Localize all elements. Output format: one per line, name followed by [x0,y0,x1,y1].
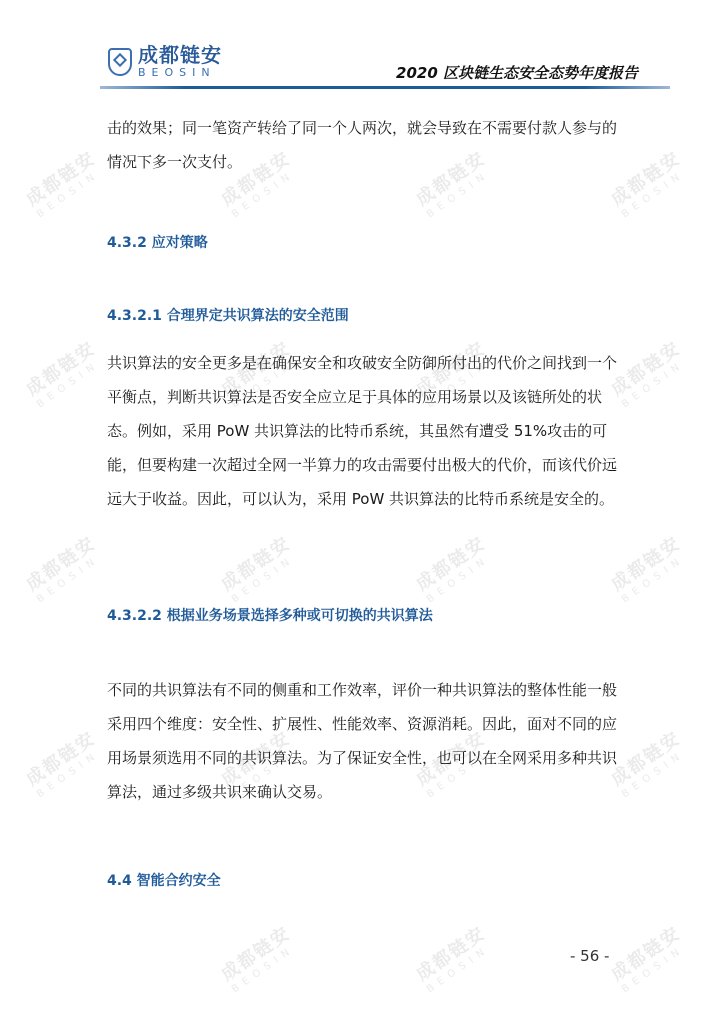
watermark: 成都链安BEOSIN [605,144,692,220]
watermark: 成都链安BEOSIN [20,529,107,605]
watermark: 成都链安BEOSIN [215,529,302,605]
watermark: 成都链安BEOSIN [605,334,692,410]
watermark: 成都链安BEOSIN [605,529,692,605]
shield-logo-icon [108,48,132,76]
watermark: 成都链安BEOSIN [605,919,692,995]
paragraph-4-3-2-2: 不同的共识算法有不同的侧重和工作效率，评价一种共识算法的整体性能一般采用四个维度… [107,673,617,809]
report-title: 2020 区块链生态安全态势年度报告 [396,62,638,83]
paragraph-intro: 击的效果；同一笔资产转给了同一个人两次，就会导致在不需要付款人参与的情况下多一次… [107,111,617,179]
watermark: 成都链安BEOSIN [20,724,107,800]
heading-4-3-2-1: 4.3.2.1 合理界定共识算法的安全范围 [107,305,349,325]
watermark: 成都链安BEOSIN [410,529,497,605]
header-divider [100,86,670,89]
logo-chinese-name: 成都链安 [138,45,222,65]
heading-4-3-2-2: 4.3.2.2 根据业务场景选择多种或可切换的共识算法 [107,605,433,625]
watermark: 成都链安BEOSIN [20,144,107,220]
logo-english-name: BEOSIN [138,67,222,78]
heading-4-3-2: 4.3.2 应对策略 [107,232,208,252]
page-number: - 56 - [570,947,609,965]
paragraph-4-3-2-1: 共识算法的安全更多是在确保安全和攻破安全防御所付出的代价之间找到一个平衡点，判断… [107,346,617,516]
heading-4-4: 4.4 智能合约安全 [107,870,221,890]
company-logo: 成都链安 BEOSIN [108,45,222,78]
watermark: 成都链安BEOSIN [215,919,302,995]
watermark: 成都链安BEOSIN [410,919,497,995]
watermark: 成都链安BEOSIN [20,334,107,410]
watermark: 成都链安BEOSIN [605,724,692,800]
page-header: 成都链安 BEOSIN 2020 区块链生态安全态势年度报告 [0,0,720,100]
